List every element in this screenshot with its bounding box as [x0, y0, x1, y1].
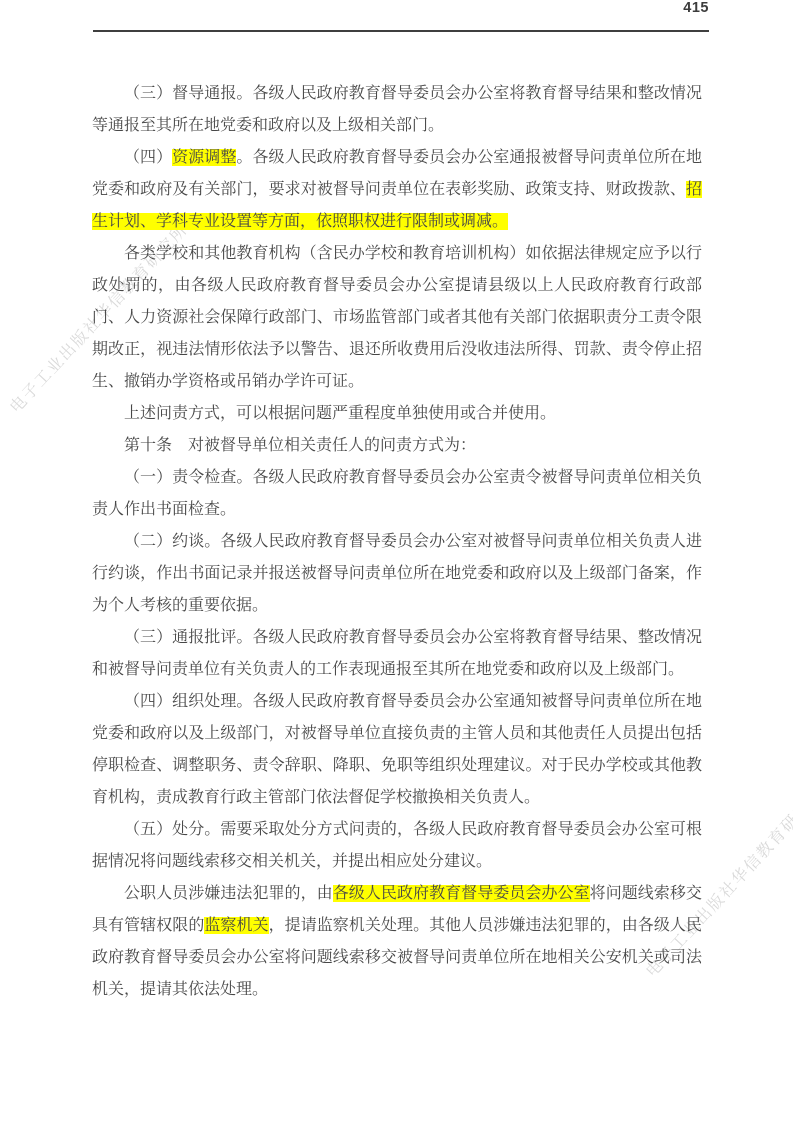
- highlighted-text: 各级人民政府教育督导委员会办公室: [333, 885, 590, 902]
- text-segment: （一）责令检查。各级人民政府教育督导委员会办公室责令被督导问责单位相关负责人作出…: [92, 469, 702, 518]
- text-segment: （三）督导通报。各级人民政府教育督导委员会办公室将教育督导结果和整改情况等通报至…: [92, 85, 702, 134]
- paragraph: （四）组织处理。各级人民政府教育督导委员会办公室通知被督导问责单位所在地党委和政…: [92, 686, 702, 814]
- paragraph: 各类学校和其他教育机构（含民办学校和教育培训机构）如依据法律规定应予以行政处罚的…: [92, 238, 702, 398]
- page-root: { "header": { "page_number": "415" }, "c…: [0, 0, 793, 1122]
- paragraph: （一）责令检查。各级人民政府教育督导委员会办公室责令被督导问责单位相关负责人作出…: [92, 462, 702, 526]
- text-segment: （四）: [124, 149, 172, 166]
- paragraph: （三）督导通报。各级人民政府教育督导委员会办公室将教育督导结果和整改情况等通报至…: [92, 78, 702, 142]
- paragraph: （三）通报批评。各级人民政府教育督导委员会办公室将教育督导结果、整改情况和被督导…: [92, 622, 702, 686]
- text-segment: （三）通报批评。各级人民政府教育督导委员会办公室将教育督导结果、整改情况和被督导…: [92, 629, 702, 678]
- text-segment: 上述问责方式，可以根据问题严重程度单独使用或合并使用。: [124, 405, 556, 422]
- text-segment: （五）处分。需要采取处分方式问责的，各级人民政府教育督导委员会办公室可根据情况将…: [92, 821, 702, 870]
- text-segment: 第十条 对被督导单位相关责任人的问责方式为：: [124, 437, 476, 454]
- paragraph: （五）处分。需要采取处分方式问责的，各级人民政府教育督导委员会办公室可根据情况将…: [92, 814, 702, 878]
- highlighted-text: 监察机关: [204, 917, 268, 934]
- document-body: （三）督导通报。各级人民政府教育督导委员会办公室将教育督导结果和整改情况等通报至…: [92, 78, 702, 1006]
- paragraph: 公职人员涉嫌违法犯罪的，由各级人民政府教育督导委员会办公室将问题线索移交具有管辖…: [92, 878, 702, 1006]
- text-segment: 公职人员涉嫌违法犯罪的，由: [124, 885, 333, 902]
- paragraph: （四）资源调整。各级人民政府教育督导委员会办公室通报被督导问责单位所在地党委和政…: [92, 142, 702, 238]
- highlighted-text: 资源调整: [172, 149, 236, 166]
- paragraph: 第十条 对被督导单位相关责任人的问责方式为：: [92, 430, 702, 462]
- text-segment: （四）组织处理。各级人民政府教育督导委员会办公室通知被督导问责单位所在地党委和政…: [92, 693, 702, 806]
- paragraph: （二）约谈。各级人民政府教育督导委员会办公室对被督导问责单位相关负责人进行约谈，…: [92, 526, 702, 622]
- text-segment: （二）约谈。各级人民政府教育督导委员会办公室对被督导问责单位相关负责人进行约谈，…: [92, 533, 702, 614]
- page-number: 415: [683, 0, 709, 16]
- header-rule: [93, 30, 709, 32]
- paragraph: 上述问责方式，可以根据问题严重程度单独使用或合并使用。: [92, 398, 702, 430]
- text-segment: 各类学校和其他教育机构（含民办学校和教育培训机构）如依据法律规定应予以行政处罚的…: [92, 245, 702, 390]
